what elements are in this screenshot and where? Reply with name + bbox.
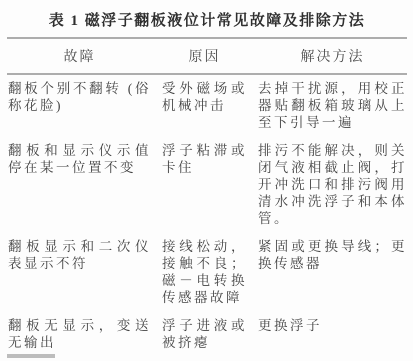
table-row: 翻板和显示仪示值停在某一位置不变 浮子粘滞或卡住 排污不能解决，则关闭气液相截止… <box>7 137 407 233</box>
solution-cell: 更换浮子 <box>258 317 407 351</box>
document-page: 表 1 磁浮子翻板液位计常见故障及排除方法 故障 原因 解决方法 翻板个别不翻转… <box>0 0 413 361</box>
fault-cell: 翻板个别不翻转 (俗称花脸) <box>8 80 151 131</box>
table-title: 表 1 磁浮子翻板液位计常见故障及排除方法 <box>7 7 407 30</box>
table-header-row: 故障 原因 解决方法 <box>7 39 407 73</box>
solution-cell: 去掉干扰源，用校正器贴翻板箱玻璃从上至下引导一遍 <box>258 80 407 131</box>
column-header-cause: 原因 <box>162 46 247 66</box>
cause-cell: 浮子进液或被挤瘪 <box>162 317 247 351</box>
table-body: 翻板个别不翻转 (俗称花脸) 受外磁场或机械冲击 去掉干扰源，用校正器贴翻板箱玻… <box>7 75 407 357</box>
table-row: 翻板个别不翻转 (俗称花脸) 受外磁场或机械冲击 去掉干扰源，用校正器贴翻板箱玻… <box>7 75 407 137</box>
cause-cell: 浮子粘滞或卡住 <box>162 142 247 227</box>
table-row: 翻板无显示，变送无输出 浮子进液或被挤瘪 更换浮子 <box>7 312 407 357</box>
table-row: 翻板显示和二次仪表显示不符 接线松动，接触不良；磁－电转换传感器故障 紧固或更换… <box>7 233 407 312</box>
cause-cell: 受外磁场或机械冲击 <box>162 80 247 131</box>
column-header-solution: 解决方法 <box>258 46 407 66</box>
fault-cell: 翻板无显示，变送无输出 <box>8 317 151 351</box>
solution-cell: 紧固或更换导线；更换传感器 <box>258 238 407 306</box>
fault-cell: 翻板显示和二次仪表显示不符 <box>8 238 151 306</box>
fault-cell: 翻板和显示仪示值停在某一位置不变 <box>8 142 151 227</box>
footnote-separator-rule <box>7 354 55 358</box>
solution-cell: 排污不能解决，则关闭气液相截止阀，打开冲洗口和排污阀用清水冲洗浮子和本体管。 <box>258 142 407 227</box>
column-header-fault: 故障 <box>8 46 151 66</box>
cause-cell: 接线松动，接触不良；磁－电转换传感器故障 <box>162 238 247 306</box>
